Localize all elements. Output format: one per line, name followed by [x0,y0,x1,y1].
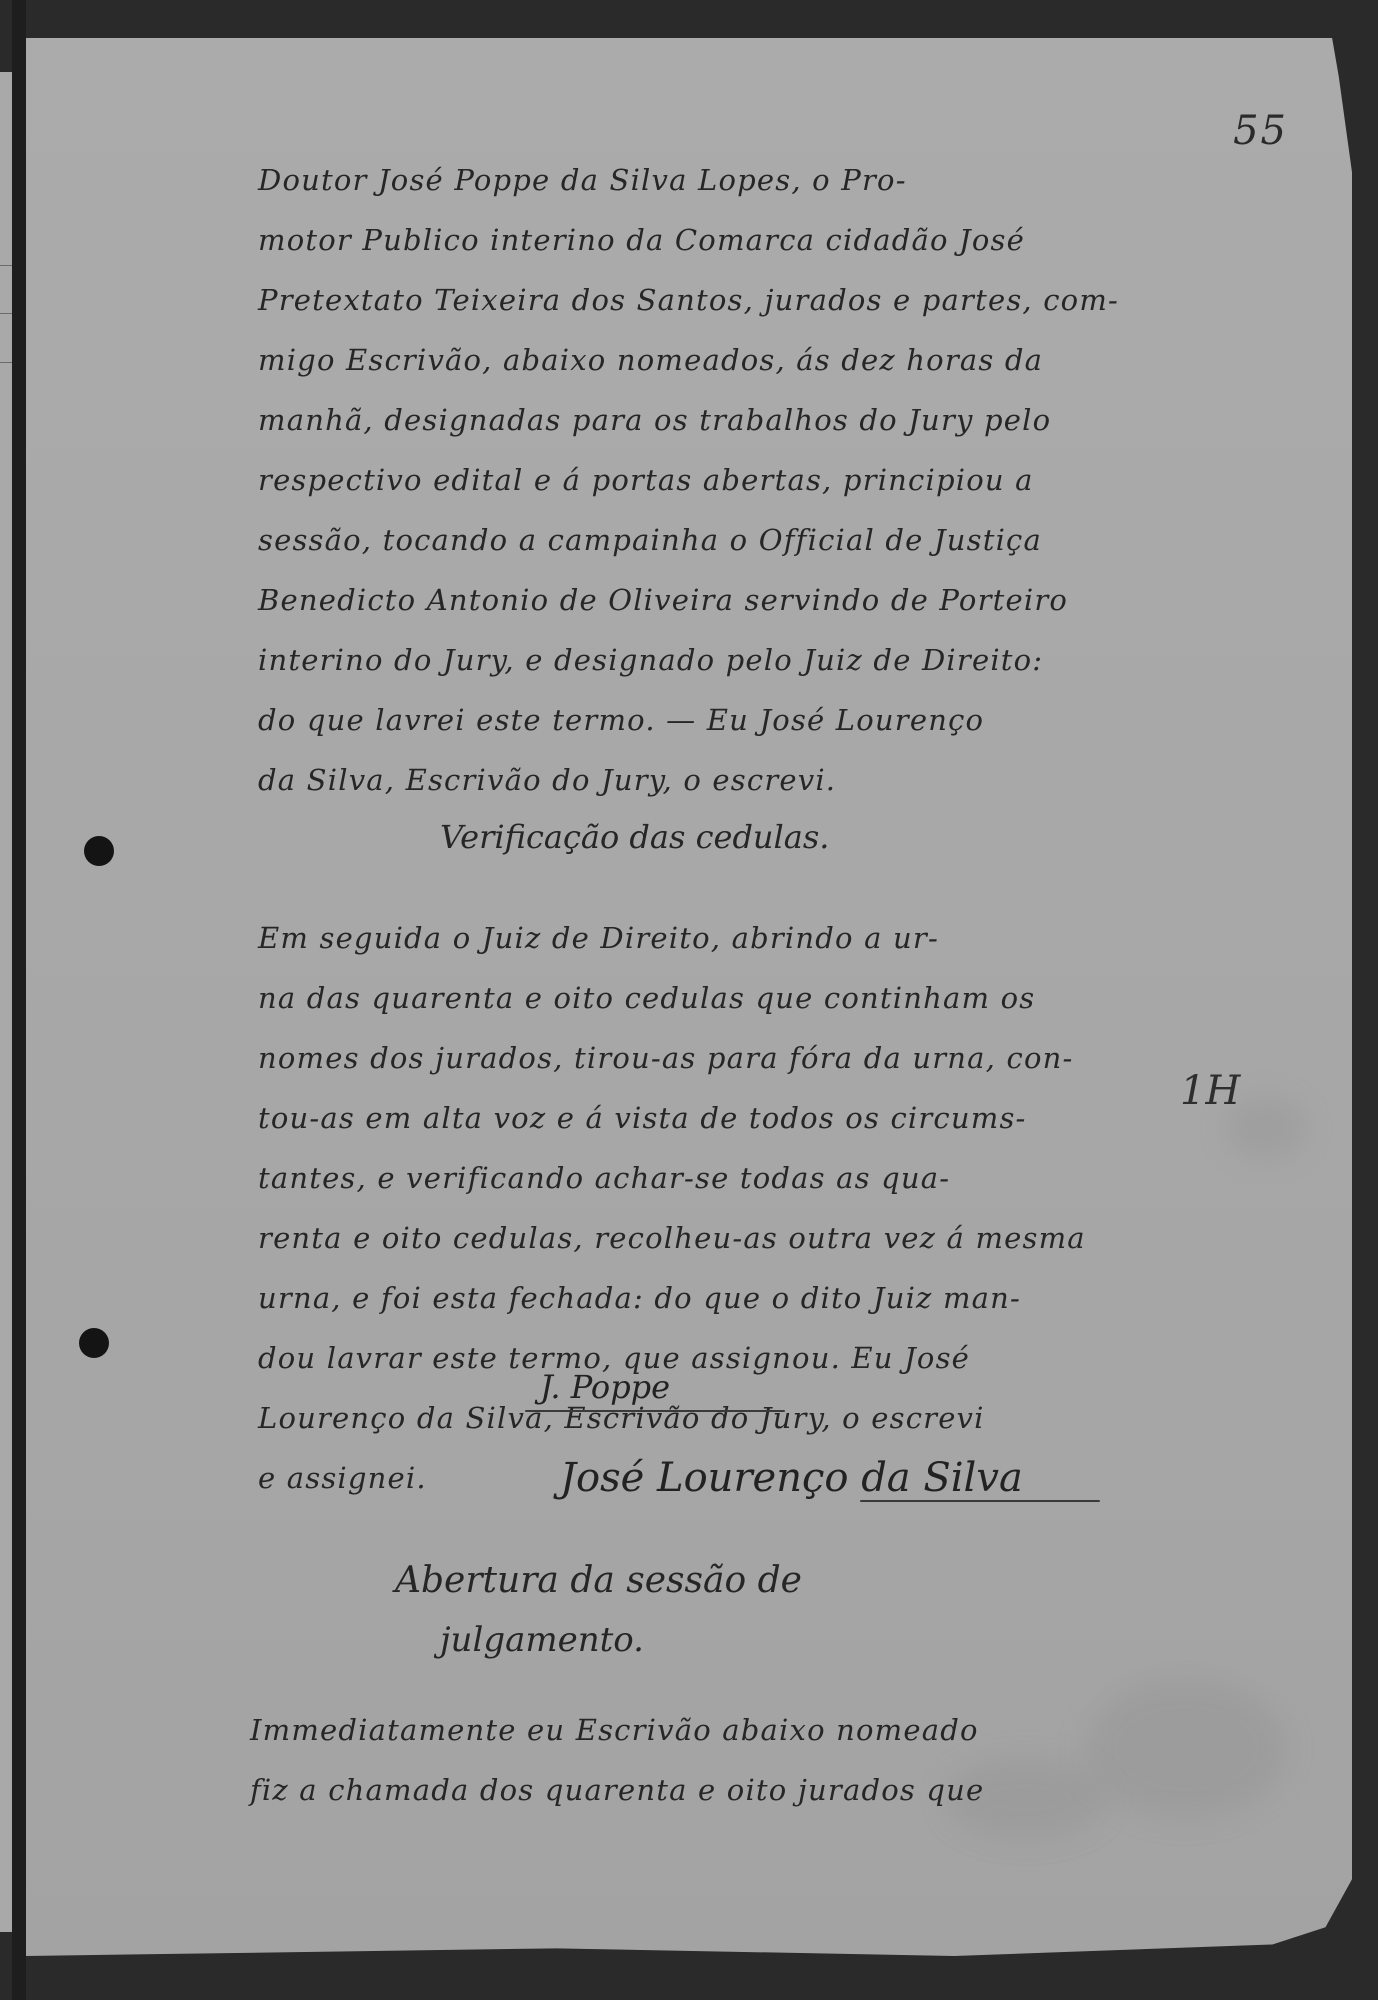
text-line: motor Publico interino da Comarca cidadã… [258,210,1158,270]
book-binding [12,0,26,2000]
page-number: 55 [1233,108,1288,154]
signature-clerk: José Lourenço da Silva [560,1455,1023,1501]
text-line: Doutor José Poppe da Silva Lopes, o Pro- [258,150,1158,210]
paragraph-abertura: Immediatamente eu Escrivão abaixo nomead… [250,1700,1150,1820]
paragraph-verificacao: Em seguida o Juiz de Direito, abrindo a … [258,908,1158,1508]
text-line: interino do Jury, e designado pelo Juiz … [258,630,1158,690]
text-line: urna, e foi esta fechada: do que o dito … [258,1268,1158,1328]
signature-flourish [525,1410,785,1412]
margin-note: 1H [1180,1068,1240,1114]
text-line: Immediatamente eu Escrivão abaixo nomead… [250,1700,1150,1760]
text-line: fiz a chamada dos quarenta e oito jurado… [250,1760,1150,1820]
text-line: Benedicto Antonio de Oliveira servindo d… [258,570,1158,630]
section-heading-abertura-1: Abertura da sessão de [395,1560,802,1601]
text-line: tou-as em alta voz e á vista de todos os… [258,1088,1158,1148]
text-line: renta e oito cedulas, recolheu-as outra … [258,1208,1158,1268]
text-line: Lourenço da Silva, Escrivão do Jury, o e… [258,1388,1158,1448]
text-line: nomes dos jurados, tirou-as para fóra da… [258,1028,1158,1088]
text-line: dou lavrar este termo, que assignou. Eu … [258,1328,1158,1388]
text-line: na das quarenta e oito cedulas que conti… [258,968,1158,1028]
text-line: Em seguida o Juiz de Direito, abrindo a … [258,908,1158,968]
text-line: respectivo edital e á portas abertas, pr… [258,450,1158,510]
adjacent-page-rule [0,265,12,266]
signature-judge: J. Poppe [540,1368,670,1406]
adjacent-page-rule [0,313,12,314]
text-line: migo Escrivão, abaixo nomeados, ás dez h… [258,330,1158,390]
section-heading-abertura-2: julgamento. [440,1620,644,1660]
punch-hole-top [84,836,114,866]
adjacent-page-rule [0,362,12,363]
section-heading-verificacao: Verificação das cedulas. [440,818,829,856]
text-line: da Silva, Escrivão do Jury, o escrevi. [258,750,1158,810]
text-line: sessão, tocando a campainha o Official d… [258,510,1158,570]
signature-flourish [860,1500,1100,1502]
text-line: tantes, e verificando achar-se todas as … [258,1148,1158,1208]
punch-hole-bottom [79,1328,109,1358]
text-line: do que lavrei este termo. — Eu José Lour… [258,690,1158,750]
text-line: Pretextato Teixeira dos Santos, jurados … [258,270,1158,330]
adjacent-page-edge [0,72,12,1932]
text-line: manhã, designadas para os trabalhos do J… [258,390,1158,450]
paragraph-opening: Doutor José Poppe da Silva Lopes, o Pro-… [258,150,1158,810]
